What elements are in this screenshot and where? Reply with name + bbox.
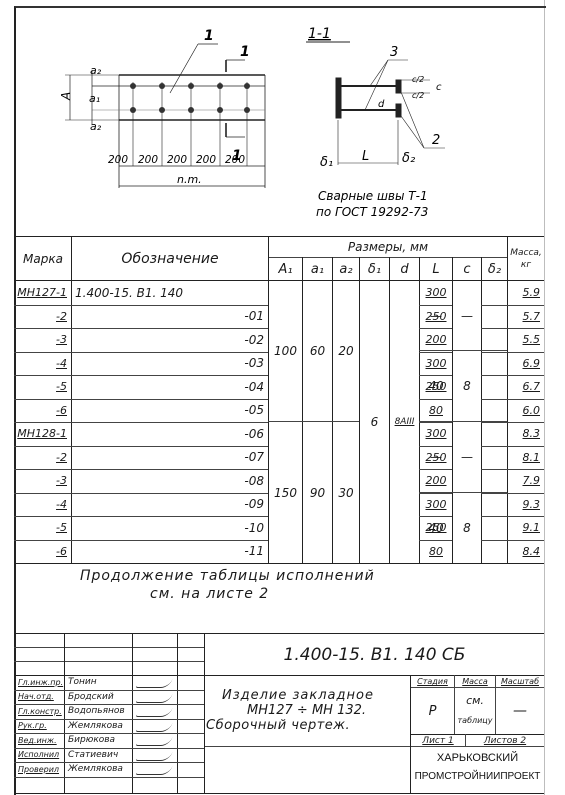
signature-name: Статиевич — [65, 748, 132, 763]
mass-value-line2: таблицу — [455, 712, 495, 728]
mass-value-line1: см. — [455, 692, 495, 708]
signature-name: Бирюкова — [65, 733, 132, 748]
cell-a2-group2: 30 — [333, 422, 359, 563]
plan-view: 1 1 1 A a₂ a₁ a₂ 200 200 200 200 200 n.m… — [40, 20, 290, 220]
svg-text:200: 200 — [167, 154, 187, 166]
cell-delta2-val-1: 8 — [453, 351, 481, 421]
row-mass: 7.9 — [482, 469, 544, 493]
svg-text:A: A — [59, 92, 73, 101]
row-mark: -2 — [15, 305, 71, 329]
signature-name: Бродский — [65, 690, 132, 705]
row-designation: -10 — [72, 516, 268, 540]
row-mass: 9.3 — [482, 493, 544, 517]
title-line1: Изделие закладное — [222, 688, 374, 703]
cell-d: 8AIII — [390, 281, 419, 563]
scale-label: Масштаб — [496, 676, 544, 687]
svg-text:200: 200 — [108, 154, 128, 166]
sheet-number: Лист 1 — [411, 735, 465, 746]
svg-text:a₁: a₁ — [89, 92, 100, 105]
header-size-col: L — [420, 258, 452, 280]
section-view: 1-1 3 2 c/2 c/2 c d δ₁ L δ₂ Сварные швы … — [290, 20, 530, 230]
svg-text:3: 3 — [390, 45, 398, 60]
svg-text:1: 1 — [204, 28, 214, 44]
cell-a1-group1: 60 — [303, 281, 332, 421]
svg-text:1: 1 — [240, 44, 250, 60]
row-mass: 5.9 — [482, 281, 544, 305]
signature-role: Проверил — [15, 762, 64, 777]
row-mass: 5.7 — [482, 305, 544, 329]
header-size-col: d — [390, 258, 419, 280]
cell-A1-group2: 150 — [269, 422, 302, 563]
sheet-count: Листов 2 — [466, 735, 544, 746]
cell-a1-group2: 90 — [303, 422, 332, 563]
row-designation: -01 — [72, 305, 268, 329]
continuation-note-line1: Продолжение таблицы исполнений — [80, 568, 375, 584]
continuation-note-line2: см. на листе 2 — [150, 586, 269, 602]
row-mark: -3 — [15, 469, 71, 493]
org-line2: ПРОМСТРОЙНИИПРОЕКТ — [411, 767, 544, 785]
row-designation: -04 — [72, 375, 268, 399]
row-mark: -4 — [15, 352, 71, 376]
cell-c-val-1: 40 — [420, 351, 452, 421]
header-mass: Масса, кг — [508, 237, 544, 280]
svg-text:Сварные швы Т-1: Сварные швы Т-1 — [318, 189, 428, 203]
signature-role: Гл.инж.пр. — [15, 675, 64, 690]
plan-view-drawing: 1 1 1 A a₂ a₁ a₂ 200 200 200 200 200 n.m… — [40, 20, 290, 220]
signature-role: Исполнил — [15, 748, 64, 763]
row-mass: 6.7 — [482, 375, 544, 399]
signature-name: Водопьянов — [65, 704, 132, 719]
cell-c-val-2: 40 — [420, 493, 452, 563]
cell-c-blank-1: — — [420, 281, 452, 350]
row-mark: МН128-1 — [15, 422, 71, 446]
signature-role: Нач.отд. — [15, 690, 64, 705]
cell-delta1: 6 — [360, 281, 389, 563]
svg-text:c/2: c/2 — [412, 75, 424, 84]
row-mass: 8.1 — [482, 446, 544, 470]
signature-role: Вед.инж. — [15, 733, 64, 748]
cell-delta2-val-2: 8 — [453, 493, 481, 563]
svg-text:по ГОСТ 19292-73: по ГОСТ 19292-73 — [316, 205, 428, 219]
svg-text:200: 200 — [196, 154, 216, 166]
row-mass: 5.5 — [482, 328, 544, 352]
section-view-drawing: 1-1 3 2 c/2 c/2 c d δ₁ L δ₂ Сварные швы … — [290, 20, 530, 230]
signature-name: Жемлякова — [65, 762, 132, 777]
scale-value: — — [496, 688, 544, 734]
cell-delta2-blank-2: — — [453, 422, 481, 492]
row-mass: 8.3 — [482, 422, 544, 446]
row-mark: -5 — [15, 375, 71, 399]
row-mark: -6 — [15, 540, 71, 564]
signature-role: Рук.гр. — [15, 719, 64, 734]
svg-text:c: c — [436, 82, 442, 93]
cell-delta2-blank-1: — — [453, 281, 481, 350]
title-line2: МН127 ÷ МН 132. — [247, 703, 366, 718]
svg-text:L: L — [362, 149, 369, 164]
header-sizes-group: Размеры, мм — [269, 237, 507, 257]
row-designation: -05 — [72, 399, 268, 423]
svg-text:n.m.: n.m. — [177, 173, 202, 186]
svg-text:c/2: c/2 — [412, 91, 424, 100]
row-mass: 6.0 — [482, 399, 544, 423]
org-line1: ХАРЬКОВСКИЙ — [411, 749, 544, 767]
header-size-col: c — [453, 258, 481, 280]
title-line3: Сборочный чертеж. — [206, 718, 350, 733]
svg-text:200: 200 — [225, 154, 245, 166]
signature-name: Тонин — [65, 675, 132, 690]
row-designation: -08 — [72, 469, 268, 493]
cell-c-blank-2: — — [420, 422, 452, 492]
svg-text:200: 200 — [138, 154, 158, 166]
row-mark: -5 — [15, 516, 71, 540]
row-designation: -02 — [72, 328, 268, 352]
header-size-col: δ₂ — [482, 258, 507, 280]
signature-role: Гл.констр. — [15, 704, 64, 719]
svg-text:δ₁: δ₁ — [320, 155, 333, 170]
stage-value: Р — [411, 688, 454, 734]
header-designation: Обозначение — [72, 237, 268, 280]
row-mark: -6 — [15, 399, 71, 423]
svg-text:a₂: a₂ — [90, 64, 102, 77]
row-designation: 1.400-15. В1. 140 — [72, 281, 268, 305]
svg-text:1-1: 1-1 — [308, 26, 331, 42]
row-designation: -07 — [72, 446, 268, 470]
row-designation: -09 — [72, 493, 268, 517]
row-mass: 8.4 — [482, 540, 544, 564]
svg-text:a₂: a₂ — [90, 120, 102, 133]
svg-text:2: 2 — [432, 133, 440, 148]
row-designation: -06 — [72, 422, 268, 446]
row-mass: 6.9 — [482, 352, 544, 376]
header-size-col: a₁ — [303, 258, 332, 280]
cell-a2-group1: 20 — [333, 281, 359, 421]
mass-label: Масса — [455, 676, 495, 687]
header-size-col: A₁ — [269, 258, 302, 280]
row-mark: -2 — [15, 446, 71, 470]
svg-text:δ₂: δ₂ — [402, 151, 415, 166]
row-mark: -3 — [15, 328, 71, 352]
header-size-col: a₂ — [333, 258, 359, 280]
cell-A1-group1: 100 — [269, 281, 302, 421]
svg-text:d: d — [378, 99, 385, 110]
doc-code: 1.400-15. В1. 140 СБ — [205, 634, 544, 675]
header-size-col: δ₁ — [360, 258, 389, 280]
stage-label: Стадия — [411, 676, 454, 687]
row-designation: -03 — [72, 352, 268, 376]
row-mark: МН127-1 — [15, 281, 71, 305]
signature-name: Жемлякова — [65, 719, 132, 734]
row-designation: -11 — [72, 540, 268, 564]
row-mark: -4 — [15, 493, 71, 517]
header-mark: Марка — [15, 237, 71, 280]
row-mass: 9.1 — [482, 516, 544, 540]
